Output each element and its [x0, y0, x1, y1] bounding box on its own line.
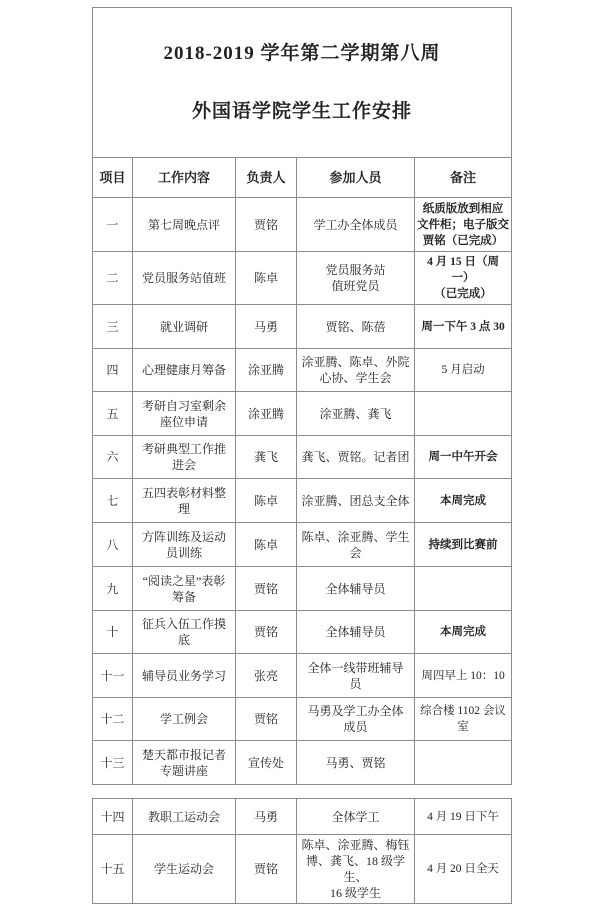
remark-cell: 周一中午开会: [415, 436, 512, 479]
remark-cell: 纸质版放到相应 文件柜；电子版交 贾铭（已完成）: [415, 198, 512, 252]
row-number-cell: 十二: [93, 698, 133, 741]
participants-cell: 贾铭、陈蓓: [297, 305, 415, 349]
table-row: 九 “阅读之星”表彰 筹备 贾铭 全体辅导员: [93, 567, 512, 611]
remark-cell: 4 月 20 日全天: [415, 835, 512, 904]
participants-cell: 全体辅导员: [297, 567, 415, 611]
task-cell: 就业调研: [133, 305, 236, 349]
lead-cell: 贾铭: [236, 835, 297, 904]
schedule-document: 2018-2019 学年第二学期第八周 外国语学院学生工作安排 项目 工作内容 …: [92, 7, 511, 904]
task-cell: 第七周晚点评: [133, 198, 236, 252]
participants-cell: 涂亚腾、团总支全体: [297, 479, 415, 523]
remark-cell: [415, 567, 512, 611]
row-number-cell: 五: [93, 392, 133, 436]
main-schedule-table: 2018-2019 学年第二学期第八周 外国语学院学生工作安排 项目 工作内容 …: [92, 7, 512, 785]
task-cell: 党员服务站值班: [133, 252, 236, 305]
table-row: 十四 教职工运动会 马勇 全体学工 4 月 19 日下午: [93, 799, 512, 835]
row-number-cell: 六: [93, 436, 133, 479]
row-number-cell: 一: [93, 198, 133, 252]
header-lead: 负责人: [236, 158, 297, 198]
lead-cell: 宣传处: [236, 741, 297, 785]
remark-cell: [415, 741, 512, 785]
task-cell: 考研典型工作推 进会: [133, 436, 236, 479]
row-number-cell: 十一: [93, 654, 133, 698]
table-row: 十一 辅导员业务学习 张亮 全体一线带班辅导 员 周四早上 10：10: [93, 654, 512, 698]
header-item-no: 项目: [93, 158, 133, 198]
row-number-cell: 十五: [93, 835, 133, 904]
table-row: 一 第七周晚点评 贾铭 学工办全体成员 纸质版放到相应 文件柜；电子版交 贾铭（…: [93, 198, 512, 252]
title-line-2: 外国语学院学生工作安排: [93, 97, 511, 126]
lead-cell: 贾铭: [236, 198, 297, 252]
row-number-cell: 三: [93, 305, 133, 349]
remark-cell: 4 月 19 日下午: [415, 799, 512, 835]
table-row: 十五 学生运动会 贾铭 陈卓、涂亚腾、梅钰 博、龚飞、18 级学生、 16 级学…: [93, 835, 512, 904]
participants-cell: 学工办全体成员: [297, 198, 415, 252]
task-cell: 楚天都市报记者 专题讲座: [133, 741, 236, 785]
remark-cell: 周一下午 3 点 30: [415, 305, 512, 349]
row-number-cell: 二: [93, 252, 133, 305]
table-row: 二 党员服务站值班 陈卓 党员服务站 值班党员 4 月 15 日（周一） （已完…: [93, 252, 512, 305]
task-cell: “阅读之星”表彰 筹备: [133, 567, 236, 611]
participants-cell: 全体辅导员: [297, 611, 415, 654]
lead-cell: 马勇: [236, 799, 297, 835]
row-number-cell: 十四: [93, 799, 133, 835]
task-cell: 学生运动会: [133, 835, 236, 904]
remark-cell: 周四早上 10：10: [415, 654, 512, 698]
title-row: 2018-2019 学年第二学期第八周 外国语学院学生工作安排: [93, 8, 512, 158]
header-participants: 参加人员: [297, 158, 415, 198]
lead-cell: 贾铭: [236, 611, 297, 654]
row-number-cell: 四: [93, 349, 133, 392]
table-row: 六 考研典型工作推 进会 龚飞 龚飞、贾铭。记者团 周一中午开会: [93, 436, 512, 479]
header-remark: 备注: [415, 158, 512, 198]
document-title: 2018-2019 学年第二学期第八周 外国语学院学生工作安排: [93, 8, 512, 158]
header-row: 项目 工作内容 负责人 参加人员 备注: [93, 158, 512, 198]
remark-cell: 本周完成: [415, 611, 512, 654]
table-row: 八 方阵训练及运动 员训练 陈卓 陈卓、涂亚腾、学生 会 持续到比赛前: [93, 523, 512, 567]
remark-cell: 持续到比赛前: [415, 523, 512, 567]
table-row: 五 考研自习室剩余 座位申请 涂亚腾 涂亚腾、龚飞: [93, 392, 512, 436]
task-cell: 征兵入伍工作摸 底: [133, 611, 236, 654]
participants-cell: 涂亚腾、龚飞: [297, 392, 415, 436]
remark-cell: 本周完成: [415, 479, 512, 523]
participants-cell: 全体学工: [297, 799, 415, 835]
task-cell: 心理健康月筹备: [133, 349, 236, 392]
participants-cell: 马勇及学工办全体 成员: [297, 698, 415, 741]
lead-cell: 涂亚腾: [236, 392, 297, 436]
remark-cell: 综合楼 1102 会议 室: [415, 698, 512, 741]
lead-cell: 涂亚腾: [236, 349, 297, 392]
participants-cell: 陈卓、涂亚腾、学生 会: [297, 523, 415, 567]
lead-cell: 贾铭: [236, 567, 297, 611]
participants-cell: 涂亚腾、陈卓、外院 心协、学生会: [297, 349, 415, 392]
table-row: 三 就业调研 马勇 贾铭、陈蓓 周一下午 3 点 30: [93, 305, 512, 349]
task-cell: 五四表彰材料整 理: [133, 479, 236, 523]
participants-cell: 马勇、贾铭: [297, 741, 415, 785]
lead-cell: 龚飞: [236, 436, 297, 479]
header-task: 工作内容: [133, 158, 236, 198]
task-cell: 考研自习室剩余 座位申请: [133, 392, 236, 436]
remark-cell: 5 月启动: [415, 349, 512, 392]
lead-cell: 马勇: [236, 305, 297, 349]
secondary-schedule-table: 十四 教职工运动会 马勇 全体学工 4 月 19 日下午 十五 学生运动会 贾铭…: [92, 798, 512, 904]
table-row: 七 五四表彰材料整 理 陈卓 涂亚腾、团总支全体 本周完成: [93, 479, 512, 523]
lead-cell: 张亮: [236, 654, 297, 698]
lead-cell: 贾铭: [236, 698, 297, 741]
lead-cell: 陈卓: [236, 523, 297, 567]
table-row: 十三 楚天都市报记者 专题讲座 宣传处 马勇、贾铭: [93, 741, 512, 785]
participants-cell: 龚飞、贾铭。记者团: [297, 436, 415, 479]
table-row: 十 征兵入伍工作摸 底 贾铭 全体辅导员 本周完成: [93, 611, 512, 654]
task-cell: 辅导员业务学习: [133, 654, 236, 698]
lead-cell: 陈卓: [236, 252, 297, 305]
table-row: 四 心理健康月筹备 涂亚腾 涂亚腾、陈卓、外院 心协、学生会 5 月启动: [93, 349, 512, 392]
remark-cell: 4 月 15 日（周一） （已完成）: [415, 252, 512, 305]
row-number-cell: 十三: [93, 741, 133, 785]
lead-cell: 陈卓: [236, 479, 297, 523]
row-number-cell: 十: [93, 611, 133, 654]
task-cell: 方阵训练及运动 员训练: [133, 523, 236, 567]
title-line-1: 2018-2019 学年第二学期第八周: [93, 39, 511, 68]
row-number-cell: 九: [93, 567, 133, 611]
task-cell: 教职工运动会: [133, 799, 236, 835]
participants-cell: 全体一线带班辅导 员: [297, 654, 415, 698]
row-number-cell: 七: [93, 479, 133, 523]
participants-cell: 陈卓、涂亚腾、梅钰 博、龚飞、18 级学生、 16 级学生: [297, 835, 415, 904]
table-row: 十二 学工例会 贾铭 马勇及学工办全体 成员 综合楼 1102 会议 室: [93, 698, 512, 741]
remark-cell: [415, 392, 512, 436]
participants-cell: 党员服务站 值班党员: [297, 252, 415, 305]
task-cell: 学工例会: [133, 698, 236, 741]
row-number-cell: 八: [93, 523, 133, 567]
